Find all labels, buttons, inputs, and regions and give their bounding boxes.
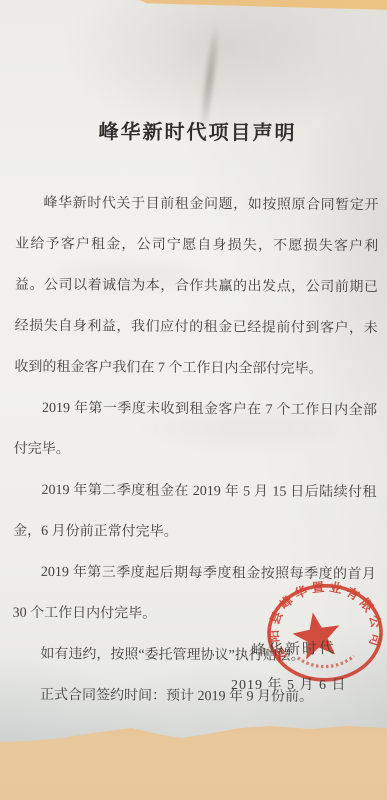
date-line: 2019 年 5 月 6 日	[231, 674, 347, 694]
photo-of-document: 峰华新时代项目声明 峰华新时代关于目前租金问题，如按照原合同暂定开业给予客户租金…	[0, 0, 387, 800]
paragraph: 2019 年第二季度租金在 2019 年 5 月 15 日后陆续付租金，6 月份…	[13, 470, 377, 555]
signature-line: 峰华新时代	[251, 637, 337, 661]
paragraph: 峰华新时代关于目前租金问题，如按照原合同暂定开业给予客户租金，公司宁愿自身损失，…	[14, 183, 378, 391]
paragraph: 2019 年第一季度未收到租金客户在 7 个工作日内全部付完毕。	[14, 388, 378, 473]
document-title: 峰华新时代项目声明	[16, 117, 379, 150]
